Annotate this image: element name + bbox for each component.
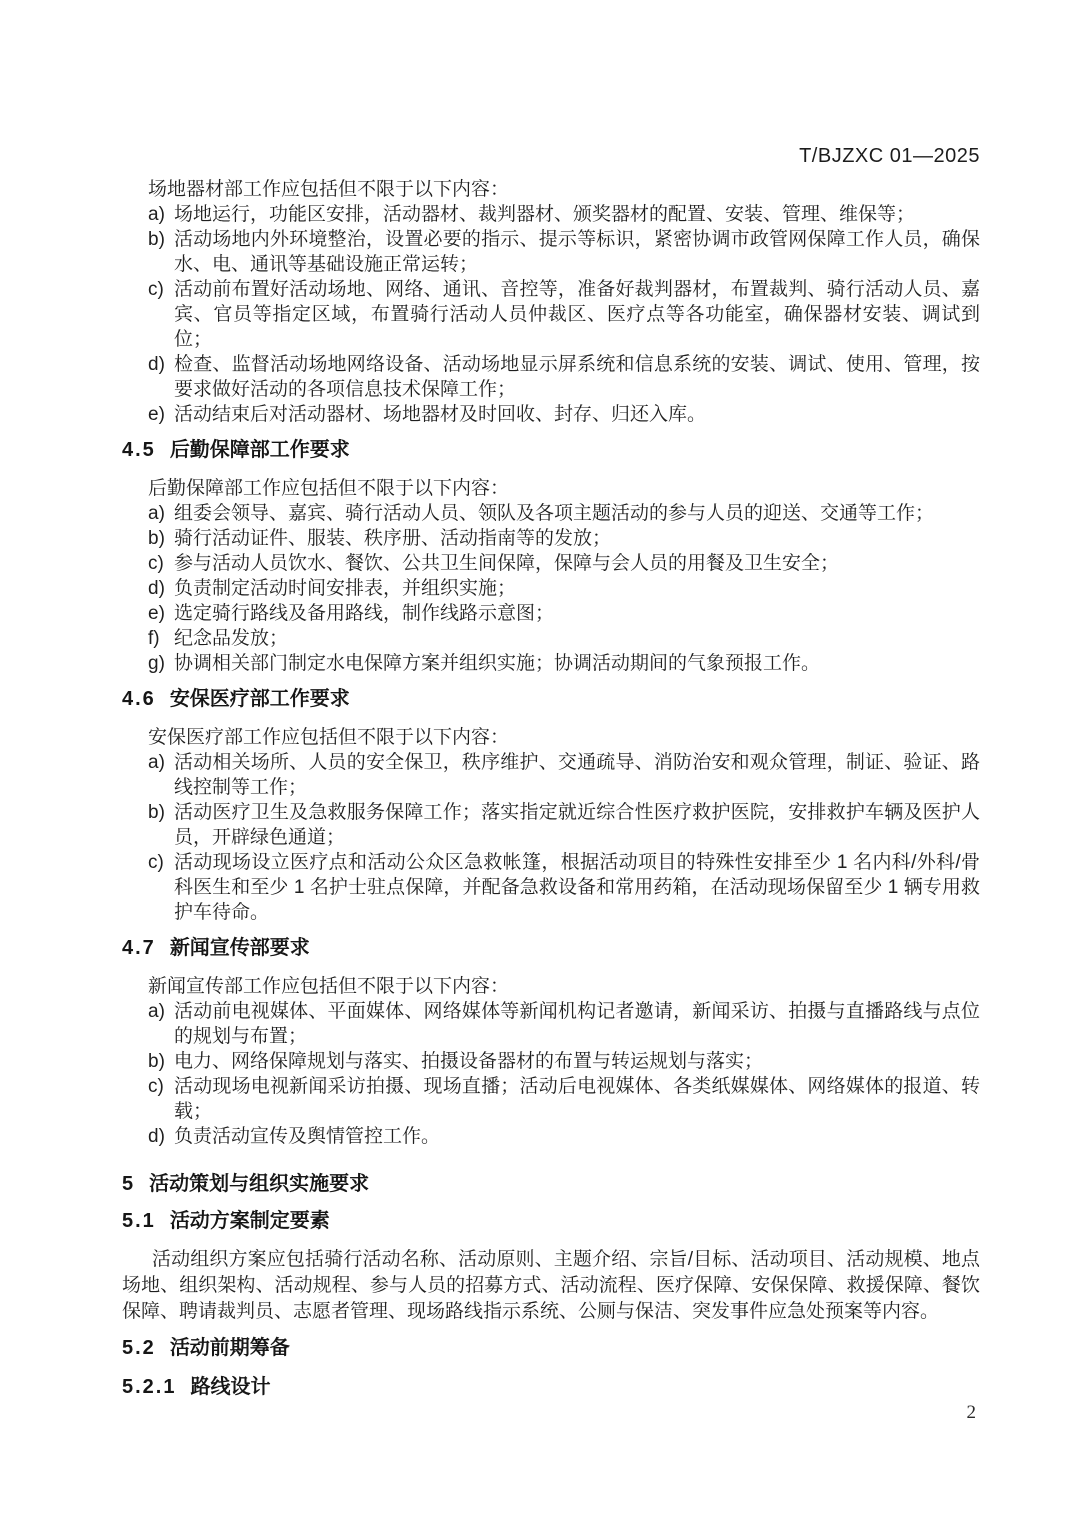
list-item: b) 活动医疗卫生及急救服务保障工作；落实指定就近综合性医疗救护医院，安排救护车… bbox=[148, 800, 980, 850]
list-item: b) 电力、网络保障规划与落实、拍摄设备器材的布置与转运规划与落实； bbox=[148, 1049, 980, 1074]
list-item-text: 活动场地内外环境整治，设置必要的指示、提示等标识，紧密协调市政管网保障工作人员，… bbox=[174, 227, 980, 277]
list-item-text: 组委会领导、嘉宾、骑行活动人员、领队及各项主题活动的参与人员的迎送、交通等工作； bbox=[174, 501, 980, 526]
chapter-title: 活动策划与组织实施要求 bbox=[149, 1173, 369, 1195]
section-number: 4.7 bbox=[122, 935, 156, 961]
list-item-text: 选定骑行路线及备用路线，制作线路示意图； bbox=[174, 601, 980, 626]
list-item-label: a) bbox=[148, 202, 174, 227]
list-item-text: 活动现场设立医疗点和活动公众区急救帐篷，根据活动项目的特殊性安排至少 1 名内科… bbox=[174, 850, 980, 925]
list-item-label: e) bbox=[148, 402, 174, 427]
list-item-text: 纪念品发放； bbox=[174, 626, 980, 651]
list-item-text: 活动前电视媒体、平面媒体、网络媒体等新闻机构记者邀请，新闻采访、拍摄与直播路线与… bbox=[174, 999, 980, 1049]
list-item-label: c) bbox=[148, 850, 174, 925]
section-4-5-list: a) 组委会领导、嘉宾、骑行活动人员、领队及各项主题活动的参与人员的迎送、交通等… bbox=[148, 501, 980, 676]
section-4-7-intro: 新闻宣传部工作应包括但不限于以下内容： bbox=[148, 974, 980, 999]
list-item: b) 活动场地内外环境整治，设置必要的指示、提示等标识，紧密协调市政管网保障工作… bbox=[148, 227, 980, 277]
list-item: c) 活动前布置好活动场地、网络、通讯、音控等，准备好裁判器材，布置裁判、骑行活… bbox=[148, 277, 980, 352]
section-number: 5.1 bbox=[122, 1208, 156, 1234]
section-number: 4.6 bbox=[122, 686, 156, 712]
list-item-text: 场地运行，功能区安排，活动器材、裁判器材、颁奖器材的配置、安装、管理、维保等； bbox=[174, 202, 980, 227]
section-4-4-intro: 场地器材部工作应包括但不限于以下内容： bbox=[148, 177, 980, 202]
section-4-7-list: a) 活动前电视媒体、平面媒体、网络媒体等新闻机构记者邀请，新闻采访、拍摄与直播… bbox=[148, 999, 980, 1149]
list-item: d) 负责制定活动时间安排表，并组织实施； bbox=[148, 576, 980, 601]
section-heading-4-6: 4.6安保医疗部工作要求 bbox=[122, 686, 980, 712]
doc-code: T/BJZXC 01—2025 bbox=[122, 144, 980, 168]
section-5-1-paragraph: 活动组织方案应包括骑行活动名称、活动原则、主题介绍、宗旨/目标、活动项目、活动规… bbox=[122, 1247, 980, 1325]
list-item-text: 活动相关场所、人员的安全保卫，秩序维护、交通疏导、消防治安和观众管理，制证、验证… bbox=[174, 750, 980, 800]
page-number: 2 bbox=[967, 1402, 977, 1424]
section-heading-5-1: 5.1活动方案制定要素 bbox=[122, 1208, 980, 1234]
list-item: a) 活动前电视媒体、平面媒体、网络媒体等新闻机构记者邀请，新闻采访、拍摄与直播… bbox=[148, 999, 980, 1049]
list-item-label: d) bbox=[148, 576, 174, 601]
list-item-label: d) bbox=[148, 352, 174, 402]
section-heading-5-2: 5.2活动前期筹备 bbox=[122, 1335, 980, 1361]
section-4-6-intro: 安保医疗部工作应包括但不限于以下内容： bbox=[148, 725, 980, 750]
list-item-label: g) bbox=[148, 651, 174, 676]
list-item-text: 活动医疗卫生及急救服务保障工作；落实指定就近综合性医疗救护医院，安排救护车辆及医… bbox=[174, 800, 980, 850]
document-page: T/BJZXC 01—2025 场地器材部工作应包括但不限于以下内容： a) 场… bbox=[122, 0, 980, 1413]
section-title: 路线设计 bbox=[190, 1376, 270, 1398]
section-title: 安保医疗部工作要求 bbox=[170, 688, 350, 710]
list-item-label: a) bbox=[148, 750, 174, 800]
list-item-label: b) bbox=[148, 1049, 174, 1074]
section-heading-5-2-1: 5.2.1路线设计 bbox=[122, 1374, 980, 1400]
list-item: g) 协调相关部门制定水电保障方案并组织实施；协调活动期间的气象预报工作。 bbox=[148, 651, 980, 676]
list-item: d) 负责活动宣传及舆情管控工作。 bbox=[148, 1124, 980, 1149]
section-number: 5.2.1 bbox=[122, 1374, 176, 1400]
list-item-text: 协调相关部门制定水电保障方案并组织实施；协调活动期间的气象预报工作。 bbox=[174, 651, 980, 676]
list-item: d) 检查、监督活动场地网络设备、活动场地显示屏系统和信息系统的安装、调试、使用… bbox=[148, 352, 980, 402]
list-item: e) 活动结束后对活动器材、场地器材及时回收、封存、归还入库。 bbox=[148, 402, 980, 427]
list-item-label: f) bbox=[148, 626, 174, 651]
list-item-label: b) bbox=[148, 800, 174, 850]
list-item: b) 骑行活动证件、服装、秩序册、活动指南等的发放； bbox=[148, 526, 980, 551]
section-number: 5.2 bbox=[122, 1335, 156, 1361]
list-item-text: 骑行活动证件、服装、秩序册、活动指南等的发放； bbox=[174, 526, 980, 551]
section-title: 活动前期筹备 bbox=[170, 1337, 290, 1359]
list-item-text: 活动结束后对活动器材、场地器材及时回收、封存、归还入库。 bbox=[174, 402, 980, 427]
section-heading-4-7: 4.7新闻宣传部要求 bbox=[122, 935, 980, 961]
list-item: c) 参与活动人员饮水、餐饮、公共卫生间保障，保障与会人员的用餐及卫生安全； bbox=[148, 551, 980, 576]
list-item-text: 参与活动人员饮水、餐饮、公共卫生间保障，保障与会人员的用餐及卫生安全； bbox=[174, 551, 980, 576]
section-4-4-list: a) 场地运行，功能区安排，活动器材、裁判器材、颁奖器材的配置、安装、管理、维保… bbox=[148, 202, 980, 427]
list-item-text: 负责活动宣传及舆情管控工作。 bbox=[174, 1124, 980, 1149]
list-item-label: c) bbox=[148, 277, 174, 352]
section-title: 活动方案制定要素 bbox=[170, 1210, 330, 1232]
section-heading-4-5: 4.5后勤保障部工作要求 bbox=[122, 437, 980, 463]
list-item: a) 场地运行，功能区安排，活动器材、裁判器材、颁奖器材的配置、安装、管理、维保… bbox=[148, 202, 980, 227]
list-item-text: 电力、网络保障规划与落实、拍摄设备器材的布置与转运规划与落实； bbox=[174, 1049, 980, 1074]
section-number: 4.5 bbox=[122, 437, 156, 463]
list-item: a) 活动相关场所、人员的安全保卫，秩序维护、交通疏导、消防治安和观众管理，制证… bbox=[148, 750, 980, 800]
list-item: c) 活动现场电视新闻采访拍摄、现场直播；活动后电视媒体、各类纸媒媒体、网络媒体… bbox=[148, 1074, 980, 1124]
list-item-label: c) bbox=[148, 1074, 174, 1124]
list-item-label: e) bbox=[148, 601, 174, 626]
section-title: 新闻宣传部要求 bbox=[170, 937, 310, 959]
list-item-label: c) bbox=[148, 551, 174, 576]
list-item-text: 活动前布置好活动场地、网络、通讯、音控等，准备好裁判器材，布置裁判、骑行活动人员… bbox=[174, 277, 980, 352]
list-item-label: b) bbox=[148, 526, 174, 551]
section-4-6-list: a) 活动相关场所、人员的安全保卫，秩序维护、交通疏导、消防治安和观众管理，制证… bbox=[148, 750, 980, 925]
list-item-text: 检查、监督活动场地网络设备、活动场地显示屏系统和信息系统的安装、调试、使用、管理… bbox=[174, 352, 980, 402]
list-item: e) 选定骑行路线及备用路线，制作线路示意图； bbox=[148, 601, 980, 626]
list-item-label: a) bbox=[148, 999, 174, 1049]
chapter-number: 5 bbox=[122, 1171, 133, 1197]
list-item-text: 负责制定活动时间安排表，并组织实施； bbox=[174, 576, 980, 601]
list-item-text: 活动现场电视新闻采访拍摄、现场直播；活动后电视媒体、各类纸媒媒体、网络媒体的报道… bbox=[174, 1074, 980, 1124]
chapter-heading-5: 5活动策划与组织实施要求 bbox=[122, 1171, 980, 1197]
list-item: f) 纪念品发放； bbox=[148, 626, 980, 651]
list-item-label: a) bbox=[148, 501, 174, 526]
section-4-5-intro: 后勤保障部工作应包括但不限于以下内容： bbox=[148, 476, 980, 501]
section-title: 后勤保障部工作要求 bbox=[170, 439, 350, 461]
list-item-label: d) bbox=[148, 1124, 174, 1149]
list-item-label: b) bbox=[148, 227, 174, 277]
list-item: c) 活动现场设立医疗点和活动公众区急救帐篷，根据活动项目的特殊性安排至少 1 … bbox=[148, 850, 980, 925]
list-item: a) 组委会领导、嘉宾、骑行活动人员、领队及各项主题活动的参与人员的迎送、交通等… bbox=[148, 501, 980, 526]
